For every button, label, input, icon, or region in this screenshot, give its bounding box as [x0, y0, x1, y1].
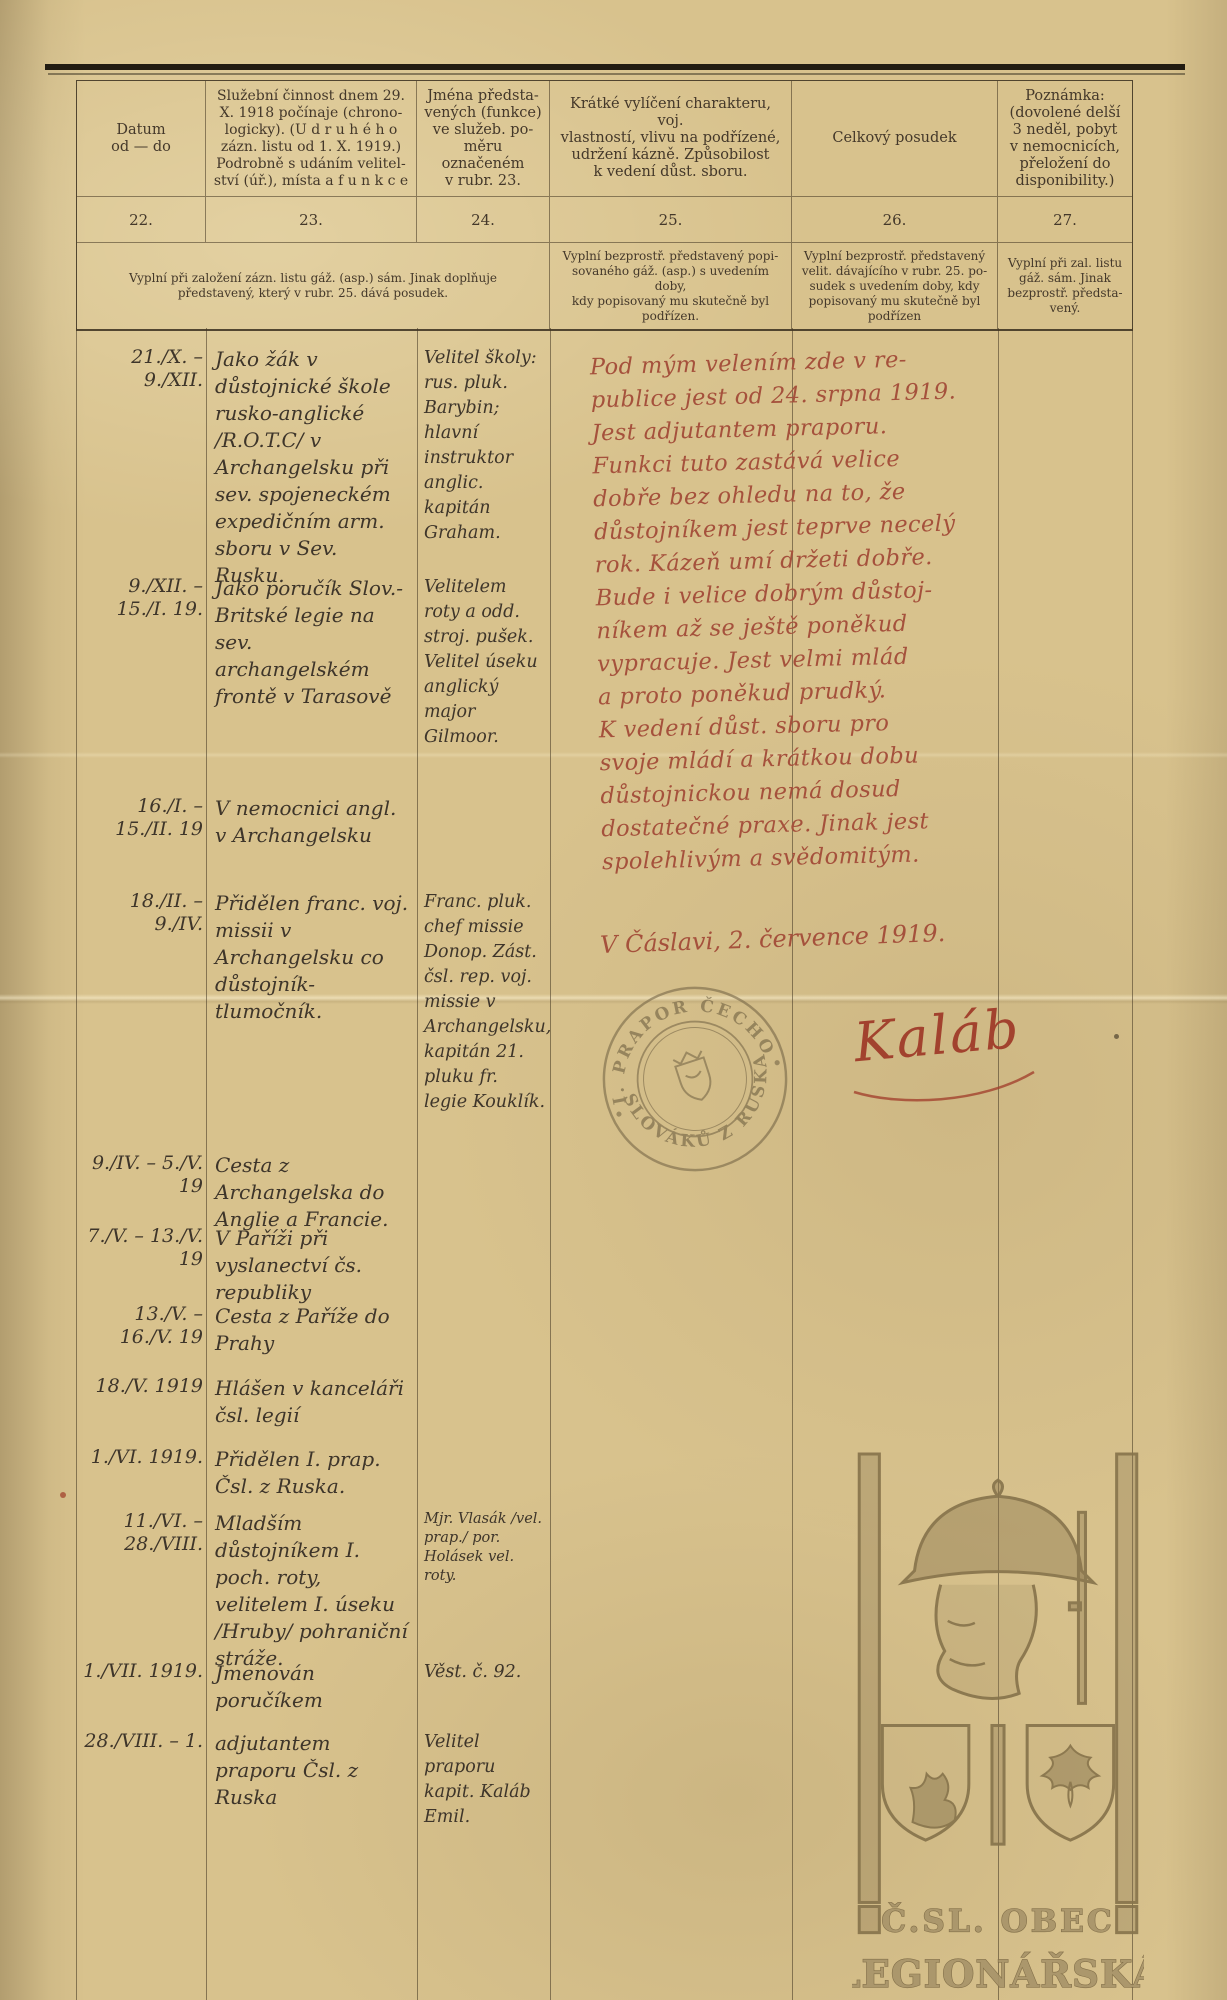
- red-ink-dot: [60, 1492, 66, 1498]
- moravian-eagle-shield-icon: [1027, 1725, 1113, 1840]
- header-row: Datum od — do Služební činnost dnem 29. …: [77, 81, 1132, 197]
- column-number-24: 24.: [417, 197, 550, 242]
- entry-activity: Mladším důstojníkem I. poch. roty, velit…: [215, 1510, 413, 1672]
- column-header-24: Jména předsta- vených (funkce) ve služeb…: [417, 81, 550, 196]
- entry-date: 13./V. – 16./V. 19: [79, 1303, 203, 1349]
- document-page: Datum od — do Služební činnost dnem 29. …: [0, 0, 1227, 2000]
- ink-dot: [1114, 1034, 1119, 1039]
- entry-date: 28./VIII. – 1.: [79, 1730, 203, 1753]
- entry-superiors: Věst. č. 92.: [424, 1660, 546, 1685]
- battalion-stamp: I. PRAPOR ČECHO SLOVÁKŮ Z RUSKA: [596, 980, 794, 1178]
- emblem-right-bar: [1117, 1454, 1137, 1902]
- legion-emblem: Č.SL. OBEC LEGIONÁŘSKÁ: [852, 1452, 1144, 2000]
- entry-date: 1./VI. 1919.: [79, 1446, 203, 1469]
- entry-superiors: Franc. pluk. chef missie Donop. Zást. čs…: [424, 890, 546, 1115]
- entry-activity: Jako žák v důstojnické škole rusko-angli…: [215, 346, 413, 589]
- entry-date: 7./V. – 13./V. 19: [79, 1225, 203, 1271]
- signature-flourish: [850, 1066, 1040, 1106]
- instruction-left: Vyplní při založení zázn. listu gáž. (as…: [77, 243, 550, 329]
- entry-superiors: Velitel školy: rus. pluk. Barybin; hlavn…: [424, 346, 546, 546]
- top-rule: [45, 64, 1185, 70]
- emblem-text-line1: Č.SL. OBEC: [881, 1902, 1114, 1940]
- entry-date: 18./II. – 9./IV.: [79, 890, 203, 936]
- emblem-text-line2: LEGIONÁŘSKÁ: [852, 1952, 1144, 1996]
- column-line: [550, 328, 551, 2000]
- entry-activity: Jmenován poručíkem: [215, 1660, 413, 1714]
- column-line: [417, 328, 418, 2000]
- entry-activity: Jako poručík Slov.- Britské legie na sev…: [215, 575, 413, 710]
- entry-date: 9./IV. – 5./V. 19: [79, 1152, 203, 1198]
- column-number-row: 22. 23. 24. 25. 26. 27.: [77, 197, 1132, 243]
- entry-activity: V nemocnici angl. v Archangelsku: [215, 795, 413, 849]
- column-number-25: 25.: [550, 197, 792, 242]
- emblem-center-pillar: [992, 1725, 1004, 1844]
- assessment-text: Pod mým velením zde v re- publice jest o…: [590, 341, 1041, 880]
- stamp-crest: [672, 1048, 716, 1104]
- entry-superiors: Velitelem roty a odd. stroj. pušek. Veli…: [424, 575, 546, 750]
- column-number-27: 27.: [998, 197, 1132, 242]
- entry-superiors: Mjr. Vlasák /vel. prap./ por. Holásek ve…: [424, 1510, 546, 1586]
- entry-date: 21./X. – 9./XII.: [79, 346, 203, 392]
- entry-date: 9./XII. – 15./I. 19.: [79, 575, 203, 621]
- column-header-25: Krátké vylíčení charakteru, voj. vlastno…: [550, 81, 792, 196]
- record-table-header: Datum od — do Služební činnost dnem 29. …: [76, 80, 1133, 331]
- entry-superiors: Velitel praporu kapit. Kaláb Emil.: [424, 1730, 546, 1830]
- bohemian-lion-shield-icon: [882, 1725, 968, 1840]
- column-line: [206, 328, 207, 2000]
- entry-date: 1./VII. 1919.: [79, 1660, 203, 1683]
- entry-date: 11./VI. – 28./VIII.: [79, 1510, 203, 1556]
- entry-activity: Cesta z Archangelska do Anglie a Francie…: [215, 1152, 413, 1233]
- column-number-26: 26.: [792, 197, 998, 242]
- entry-activity: adjutantem praporu Čsl. z Ruska: [215, 1730, 413, 1811]
- column-header-23: Služební činnost dnem 29. X. 1918 počína…: [206, 81, 417, 196]
- instruction-col25: Vyplní bezprostř. představený popi- sova…: [550, 243, 792, 329]
- top-rule-echo: [48, 73, 1185, 75]
- entry-activity: Hlášen v kanceláři čsl. legií: [215, 1375, 413, 1429]
- column-number-23: 23.: [206, 197, 417, 242]
- emblem-foot-left: [859, 1906, 879, 1932]
- instruction-col26: Vyplní bezprostř. představený velit. dáv…: [792, 243, 998, 329]
- column-header-26: Celkový posudek: [792, 81, 998, 196]
- instruction-col27: Vyplní při zal. listu gáž. sám. Jinak be…: [998, 243, 1132, 329]
- column-header-27: Poznámka: (dovolené delší 3 neděl, pobyt…: [998, 81, 1132, 196]
- emblem-foot-right: [1117, 1906, 1137, 1932]
- column-number-22: 22.: [77, 197, 206, 242]
- emblem-left-bar: [859, 1454, 879, 1902]
- entry-activity: Přidělen franc. voj. missii v Archangels…: [215, 890, 413, 1025]
- soldier-head-icon: [902, 1480, 1093, 1698]
- entry-date: 16./I. – 15./II. 19: [79, 795, 203, 841]
- entry-activity: Přidělen I. prap. Čsl. z Ruska.: [215, 1446, 413, 1500]
- column-header-22: Datum od — do: [77, 81, 206, 196]
- entry-activity: V Paříži při vyslanectví čs. republiky: [215, 1225, 413, 1306]
- entry-activity: Cesta z Paříže do Prahy: [215, 1303, 413, 1357]
- entry-date: 18./V. 1919: [79, 1375, 203, 1398]
- instruction-row: Vyplní při založení zázn. listu gáž. (as…: [77, 243, 1132, 331]
